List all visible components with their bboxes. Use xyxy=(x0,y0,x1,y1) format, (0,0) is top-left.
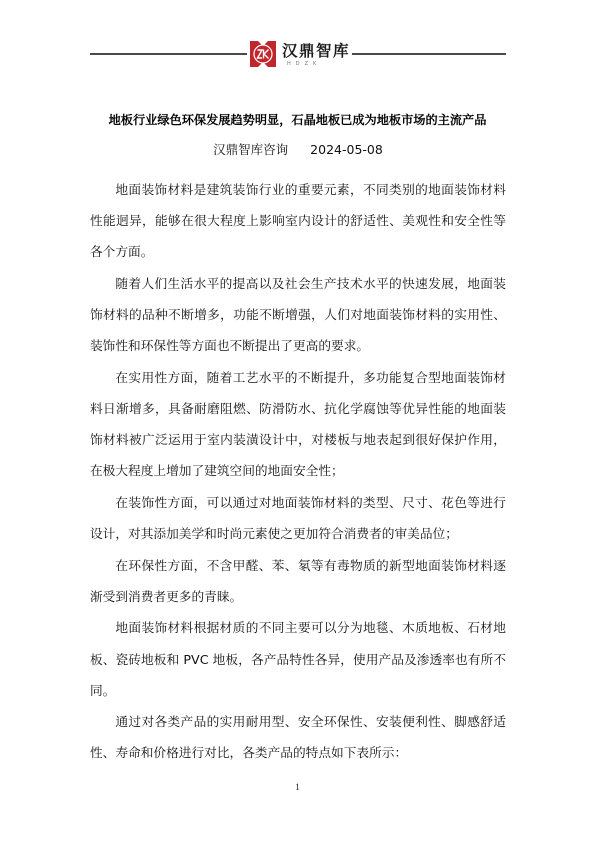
paragraph: 在实用性方面，随着工艺水平的不断提升，多功能复合型地面装饰材料日渐增多，具备耐磨… xyxy=(90,362,506,487)
article-body: 地面装饰材料是建筑装饰行业的重要元素，不同类别的地面装饰材料性能迥异，能够在很大… xyxy=(90,174,506,769)
brand-name: 汉鼎智库 xyxy=(282,42,350,60)
brand-subtext: HDZK xyxy=(287,61,321,67)
page-header: 汉鼎智库 HDZK xyxy=(90,38,506,72)
hzzk-logo-icon xyxy=(250,41,276,67)
article-source: 汉鼎智库咨询 xyxy=(213,142,288,157)
paragraph: 通过对各类产品的实用耐用型、安全环保性、安装便利性、脚感舒适性、寿命和价格进行对… xyxy=(90,706,506,768)
paragraph: 随着人们生活水平的提高以及社会生产技术水平的快速发展，地面装饰材料的品种不断增多… xyxy=(90,268,506,362)
paragraph: 在装饰性方面，可以通过对地面装饰材料的类型、尺寸、花色等进行设计，对其添加美学和… xyxy=(90,487,506,549)
article-byline: 汉鼎智库咨询2024-05-08 xyxy=(90,142,506,158)
article-title: 地板行业绿色环保发展趋势明显，石晶地板已成为地板市场的主流产品 xyxy=(60,112,535,128)
header-rule-left xyxy=(90,53,247,55)
paragraph: 在环保性方面，不含甲醛、苯、氡等有毒物质的新型地面装饰材料逐渐受到消费者更多的青… xyxy=(90,550,506,612)
paragraph: 地面装饰材料根据材质的不同主要可以分为地毯、木质地板、石材地板、瓷砖地板和 PV… xyxy=(90,612,506,706)
page-number: 1 xyxy=(0,782,595,792)
brand-logo: 汉鼎智库 HDZK xyxy=(247,38,352,72)
header-rule-right xyxy=(352,53,506,55)
paragraph: 地面装饰材料是建筑装饰行业的重要元素，不同类别的地面装饰材料性能迥异，能够在很大… xyxy=(90,174,506,268)
article-date: 2024-05-08 xyxy=(310,142,383,157)
